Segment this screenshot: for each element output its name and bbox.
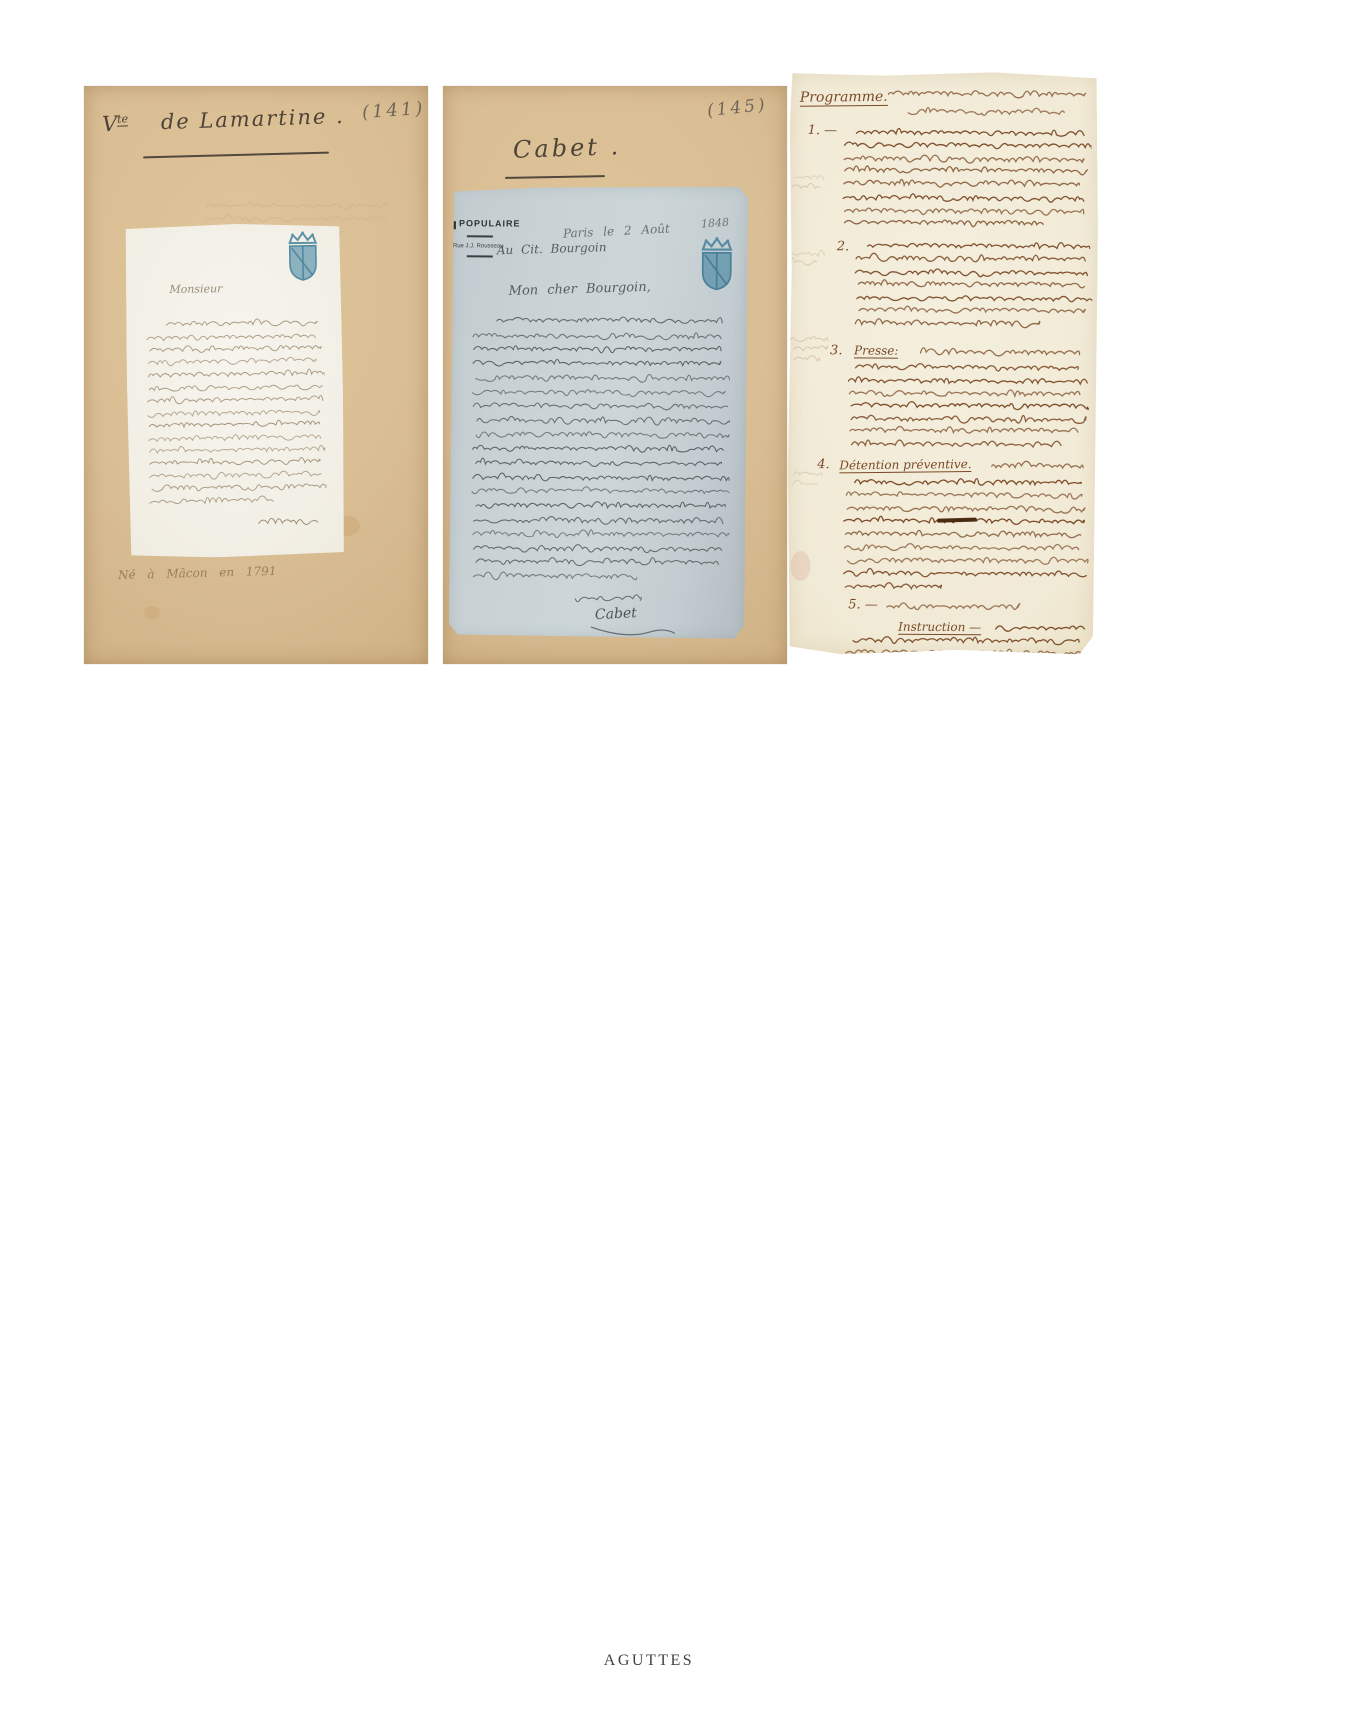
letter-signature: Cabet — [595, 605, 638, 623]
auction-catalog-page: Vte de Lamartine . (141) Monsieur — [0, 0, 1362, 1733]
section-body-writing — [842, 473, 1091, 601]
section-keyword: Détention préventive. — [839, 457, 971, 473]
letterhead-title: POPULAIRE — [459, 218, 521, 228]
programme-manuscript-photo: Programme. 1. — 2. 3. Presse: 4. Détenti… — [786, 71, 1099, 656]
section-number: 3. — [830, 343, 843, 358]
signature-flourish — [257, 515, 319, 537]
blue-letter: POPULAIRE Rue J.J. Rousseau Paris le 2 A… — [449, 185, 748, 639]
manuscript-heading: Programme. — [800, 89, 888, 107]
section-body-writing — [854, 237, 1093, 338]
cabet-title: Cabet . — [513, 132, 622, 164]
title-underline — [143, 152, 329, 159]
section-keyword: Presse: — [854, 343, 898, 358]
section-body-writing — [844, 633, 1088, 656]
letter-date-year: 1848 — [701, 216, 730, 231]
cabet-title-underline — [505, 175, 605, 179]
lamartine-album-photo: Vte de Lamartine . (141) Monsieur — [84, 86, 428, 664]
paper-stain — [144, 606, 160, 620]
letter-greeting: Mon cher Bourgoin, — [508, 280, 651, 299]
section-body-writing — [841, 123, 1092, 238]
footer-logo: AGUTTES — [564, 1652, 734, 1670]
paper-stain — [790, 551, 810, 581]
title-superscript: te — [117, 112, 128, 126]
title-name: de Lamartine . — [160, 104, 345, 134]
margin-ghost-note — [789, 247, 825, 276]
section-number: 2. — [837, 239, 850, 254]
crest-stamp-icon — [285, 231, 322, 284]
margin-ghost-note — [791, 171, 825, 200]
letter-address-line: Au Cit. Bourgoin — [497, 240, 607, 257]
signature-flourish — [587, 622, 679, 636]
section-number: 1. — — [808, 123, 838, 138]
section-number: 4. — [817, 457, 830, 472]
birth-caption: Né à Mâcon en 1791 — [118, 564, 277, 582]
letter-salutation: Monsieur — [169, 282, 222, 296]
crest-stamp-icon — [697, 237, 737, 293]
handwriting-lines — [146, 315, 327, 516]
letterhead-rule — [467, 255, 493, 257]
cabet-album-photo: Cabet . (145) POPULAIRE Rue J.J. Roussea… — [443, 86, 787, 664]
title-initial: V — [102, 112, 118, 137]
album-title: Vte de Lamartine . — [102, 104, 345, 136]
section-number: 5. — — [848, 597, 878, 612]
letterhead-rule — [467, 235, 493, 237]
letterhead-partial-glyph — [451, 221, 456, 229]
letter-date: Paris le 2 Août — [563, 222, 670, 241]
album-page-number: (141) — [361, 98, 426, 123]
section-firstline-writing — [886, 599, 1022, 621]
margin-ghost-note — [790, 333, 828, 372]
handwriting-lines — [471, 311, 730, 591]
mounted-letter: Monsieur — [124, 222, 345, 558]
album-page-number: (145) — [706, 95, 768, 121]
section-body-writing — [847, 359, 1090, 459]
